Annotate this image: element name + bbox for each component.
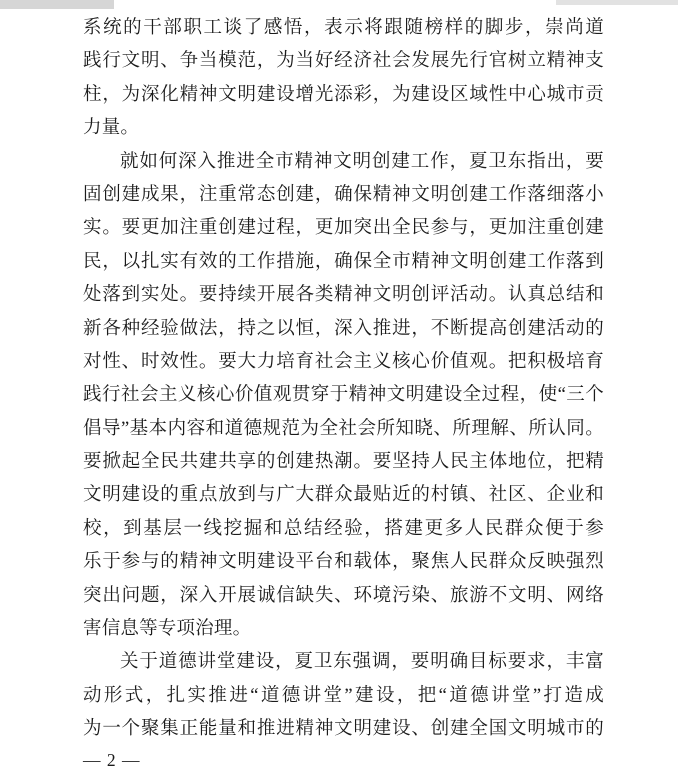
text-line: 处落到实处。要持续开展各类精神文明创评活动。认真总结和创 [83,279,604,312]
text-line: 践行社会主义核心价值观贯穿于精神文明建设全过程，使“三个 [83,379,604,412]
text-line: 对性、时效性。要大力培育社会主义核心价值观。把积极培育和 [83,346,604,379]
text-line: 系统的干部职工谈了感悟，表示将跟随榜样的脚步，崇尚道德、 [83,12,604,45]
text-line: 实。要更加注重创建过程，更加突出全民参与，更加注重创建惠 [83,212,604,245]
text-line: 力量。 [83,112,604,145]
text-line: 为一个聚集正能量和推进精神文明建设、创建全国文明城市的重 [83,713,604,746]
text-line: 关于道德讲堂建设，夏卫东强调，要明确目标要求，丰富活 [83,646,604,679]
document-body: 系统的干部职工谈了感悟，表示将跟随榜样的脚步，崇尚道德、 践行文明、争当模范，为… [83,12,604,747]
scanned-document-page: 系统的干部职工谈了感悟，表示将跟随榜样的脚步，崇尚道德、 践行文明、争当模范，为… [0,0,678,778]
text-line: 就如何深入推进全市精神文明创建工作，夏卫东指出，要巩 [83,146,604,179]
text-line: 民，以扎实有效的工作措施，确保全市精神文明创建工作落到细 [83,246,604,279]
page-number: — 2 — [83,748,141,772]
text-line: 乐于参与的精神文明建设平台和载体，聚焦人民群众反映强烈的 [83,546,604,579]
text-line: 倡导”基本内容和道德规范为全社会所知晓、所理解、所认同。 [83,413,604,446]
text-line: 害信息等专项治理。 [83,613,604,646]
text-line: 突出问题，深入开展诚信缺失、环境污染、旅游不文明、网络有 [83,580,604,613]
text-line: 动形式，扎实推进“道德讲堂”建设，把“道德讲堂”打造成 [83,680,604,713]
text-line: 校，到基层一线挖掘和总结经验，搭建更多人民群众便于参与、 [83,513,604,546]
scan-artifact-top-right [556,0,678,5]
scan-artifact-top-left [0,0,114,9]
text-line: 文明建设的重点放到与广大群众最贴近的村镇、社区、企业和学 [83,479,604,512]
text-line: 新各种经验做法，持之以恒，深入推进，不断提高创建活动的针 [83,313,604,346]
text-line: 固创建成果，注重常态创建，确保精神文明创建工作落细落小落 [83,179,604,212]
text-line: 柱，为深化精神文明建设增光添彩，为建设区域性中心城市贡献 [83,79,604,112]
text-line: 践行文明、争当模范，为当好经济社会发展先行官树立精神支 [83,45,604,78]
text-line: 要掀起全民共建共享的创建热潮。要坚持人民主体地位，把精神 [83,446,604,479]
